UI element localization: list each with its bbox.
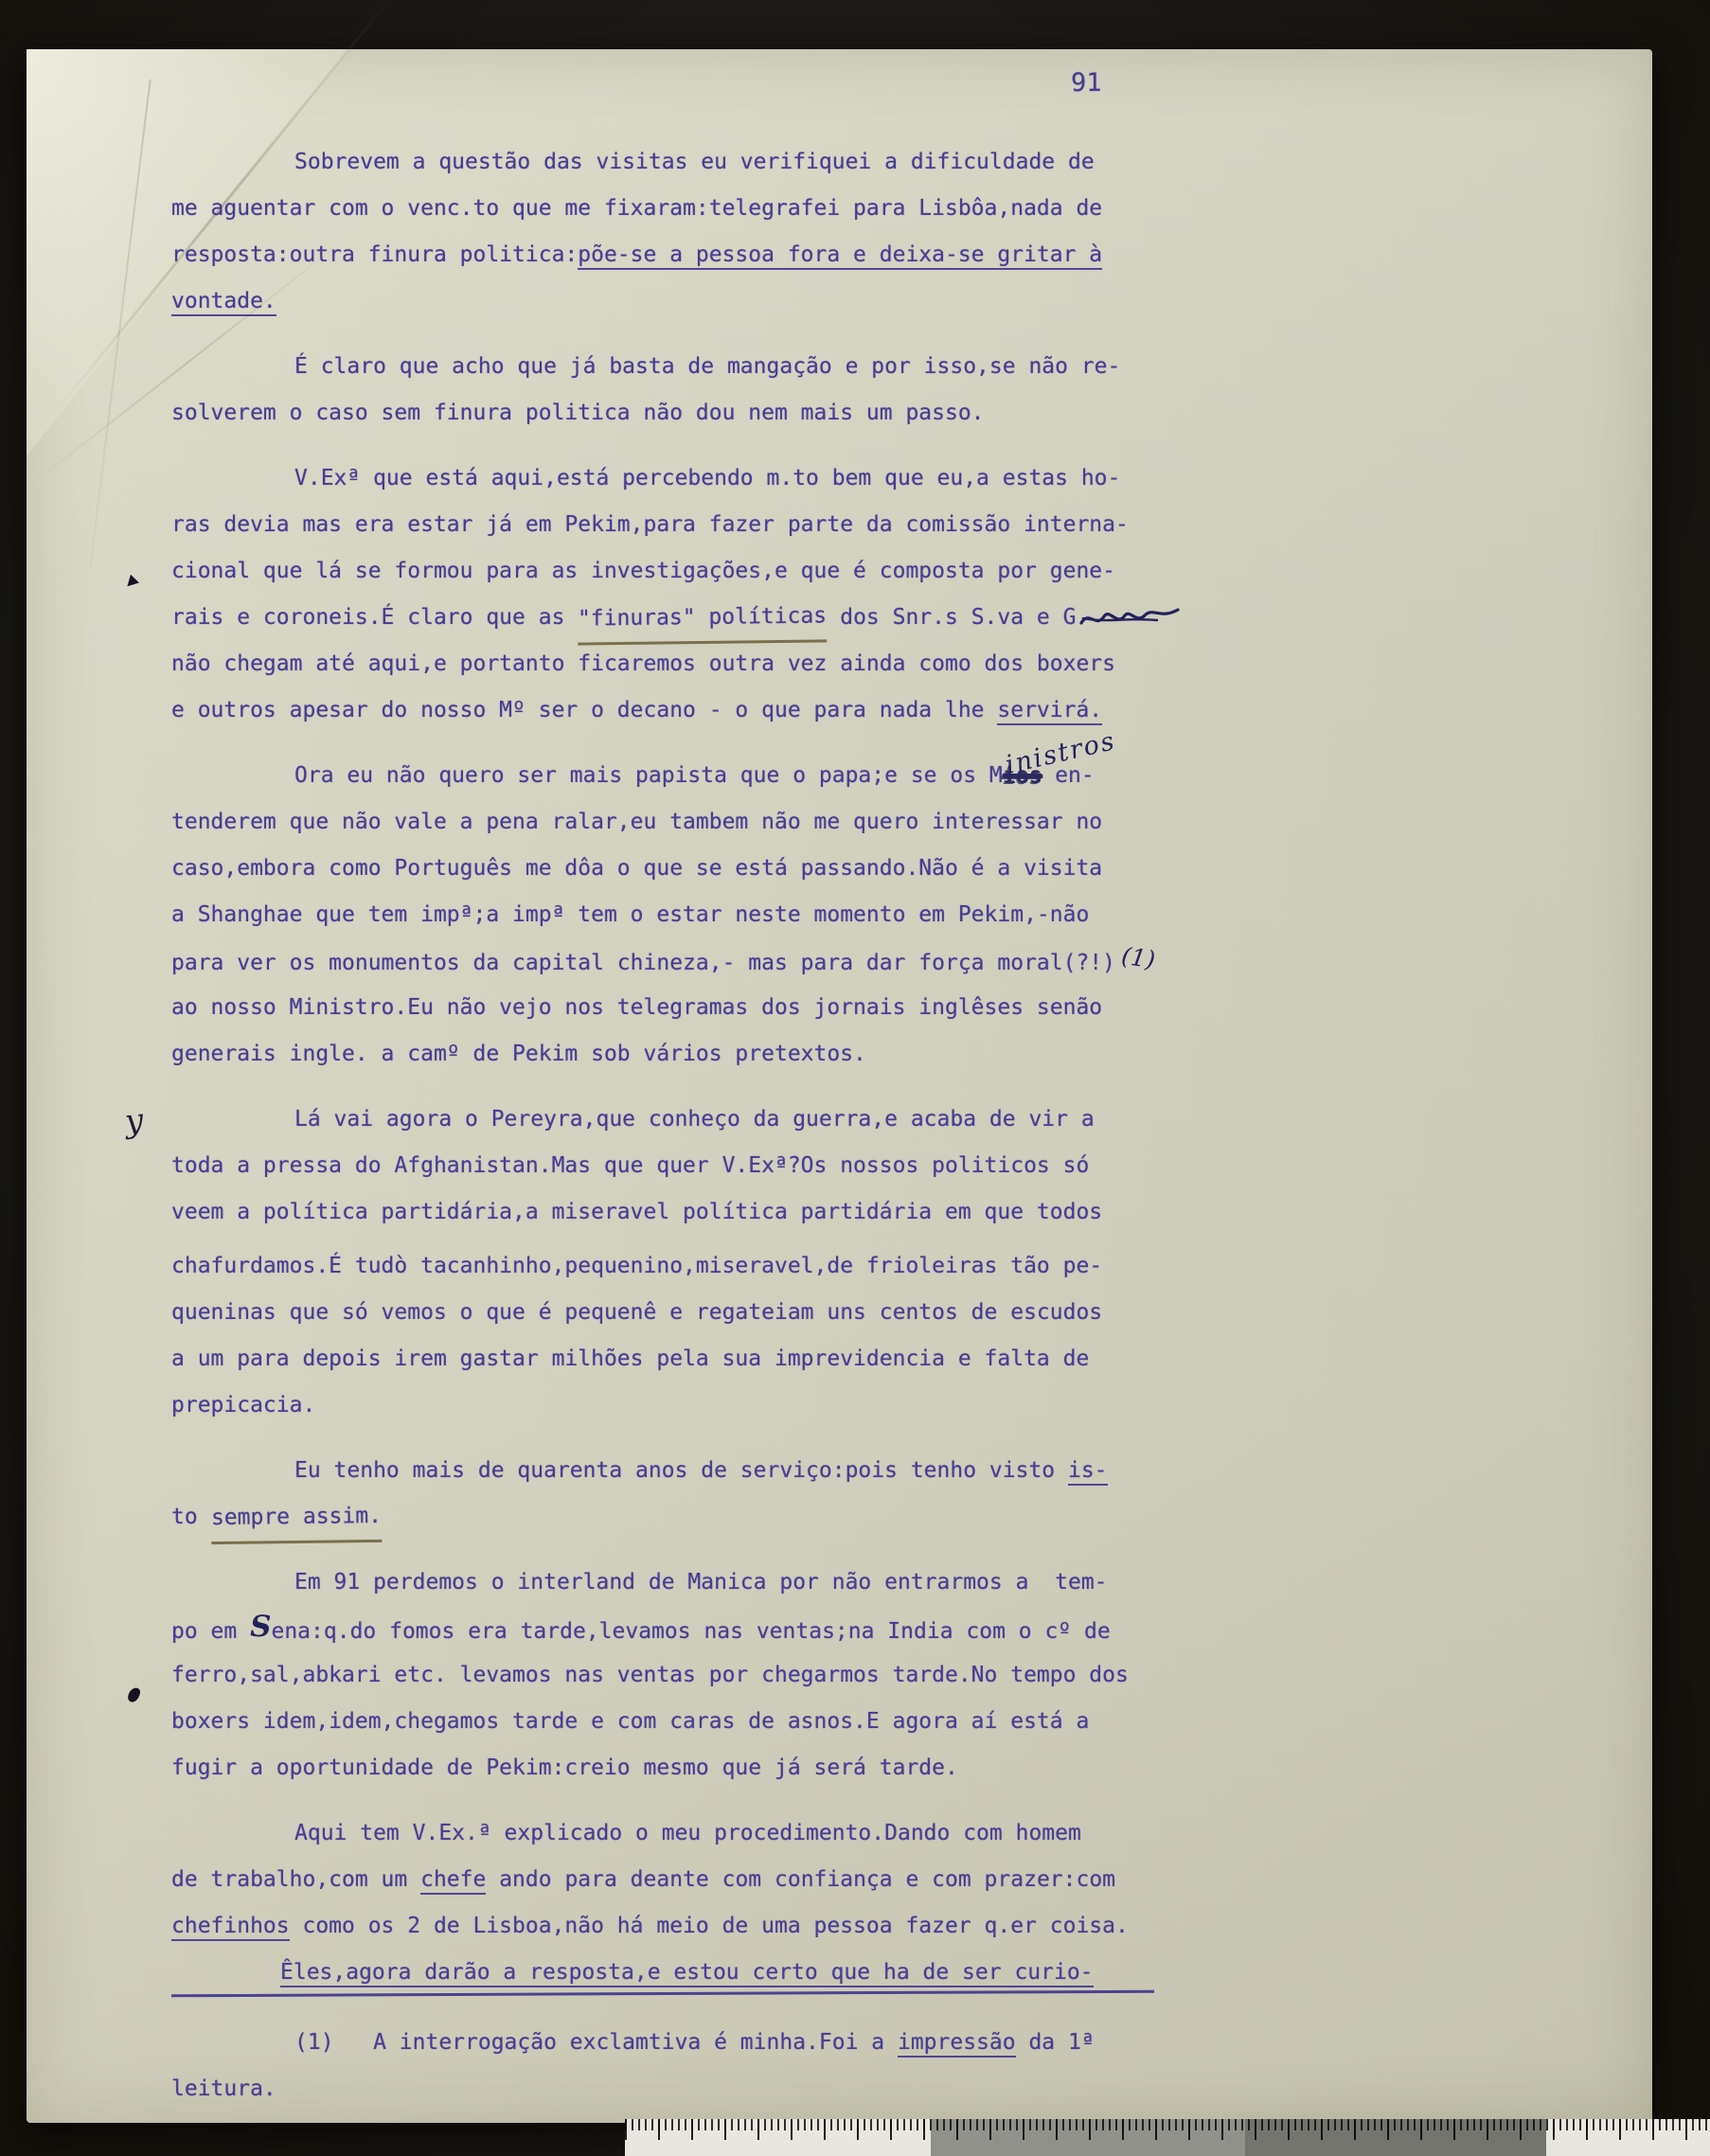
text-line: e outros apesar do nosso Mº ser o decano… bbox=[171, 687, 1175, 734]
text-line: rais e coroneis.É claro que as "finuras"… bbox=[171, 595, 1175, 641]
text-line: Em 91 perdemos o interland de Manica por… bbox=[171, 1559, 1175, 1606]
text-line: tenderem que não vale a pena ralar,eu ta… bbox=[171, 799, 1175, 846]
text-segment: ena:q.do fomos era tarde,levamos nas ven… bbox=[271, 1619, 1110, 1644]
underlined-text: vontade. bbox=[171, 289, 276, 316]
pen-y-mark: y bbox=[123, 1101, 145, 1141]
pen-underlined-text: sempre assim. bbox=[210, 1493, 382, 1544]
text-line: É claro que acho que já basta de mangaçã… bbox=[171, 344, 1175, 390]
text-line: po em Sena:q.do fomos era tarde,levamos … bbox=[171, 1606, 1175, 1652]
ink-blot bbox=[126, 1685, 142, 1703]
footnote: (1) A interrogação exclamtiva é minha.Fo… bbox=[171, 2020, 1175, 2112]
text-line: toda a pressa do Afghanistan.Mas que que… bbox=[171, 1143, 1175, 1189]
ruler-tick-marks bbox=[625, 2119, 1710, 2156]
text-line: a Shanghae que tem impª;a impª tem o est… bbox=[171, 892, 1175, 938]
text-line: solverem o caso sem finura politica não … bbox=[171, 390, 1175, 437]
text-segment: ando para deante com confiança e com pra… bbox=[486, 1867, 1115, 1892]
text-segment: da 1ª bbox=[1016, 2030, 1095, 2055]
text-segment: resposta:outra finura politica: bbox=[171, 242, 578, 267]
text-line: para ver os monumentos da capital chinez… bbox=[171, 938, 1175, 985]
text-line: chefinhos como os 2 de Lisboa,não há mei… bbox=[171, 1903, 1175, 1950]
text-segment: para ver os monumentos da capital chinez… bbox=[171, 951, 1115, 975]
text-line: queninas que só vemos o que é pequenê e … bbox=[171, 1290, 1175, 1336]
text-line: V.Exª que está aqui,está percebendo m.to… bbox=[171, 455, 1175, 502]
text-segment: dos Snr.s S.va e G bbox=[827, 605, 1076, 630]
text-line: não chegam até aqui,e portanto ficaremos… bbox=[171, 641, 1175, 687]
paragraph-2: É claro que acho que já basta de mangaçã… bbox=[171, 344, 1175, 437]
underlined-text: impressão bbox=[898, 2030, 1016, 2058]
handwritten-scribble bbox=[1078, 604, 1182, 633]
pen-caret-mark bbox=[127, 575, 140, 590]
text-line: me aguentar com o venc.to que me fixaram… bbox=[171, 186, 1175, 232]
letter-body: Sobrevem a questão das visitas eu verifi… bbox=[171, 139, 1175, 2131]
text-line: a um para depois irem gastar milhões pel… bbox=[171, 1336, 1175, 1382]
text-line: cional que lá se formou para as investig… bbox=[171, 548, 1175, 595]
text-line: vontade. bbox=[171, 278, 1175, 325]
pen-underlined-text: "finuras" políticas bbox=[578, 593, 828, 645]
text-segment: e outros apesar do nosso Mº ser o decano… bbox=[171, 698, 997, 722]
paragraph-6: Eu tenho mais de quarenta anos de serviç… bbox=[171, 1448, 1175, 1541]
text-line: Sobrevem a questão das visitas eu verifi… bbox=[171, 139, 1175, 186]
text-segment: de trabalho,com um bbox=[171, 1867, 420, 1892]
text-line: ras devia mas era estar já em Pekim,para… bbox=[171, 502, 1175, 548]
text-line: caso,embora como Português me dôa o que … bbox=[171, 846, 1175, 892]
paragraph-3: V.Exª que está aqui,está percebendo m.to… bbox=[171, 455, 1175, 734]
paragraph-1: Sobrevem a questão das visitas eu verifi… bbox=[171, 139, 1175, 325]
handwritten-footnote-marker: (1) bbox=[1118, 933, 1158, 983]
underlined-text: chefe bbox=[420, 1867, 486, 1895]
text-segment: po em bbox=[171, 1619, 250, 1644]
text-line: Eu tenho mais de quarenta anos de serviç… bbox=[171, 1448, 1175, 1494]
underlined-text: is- bbox=[1068, 1458, 1108, 1486]
text-line: Êles,agora darão a resposta,e estou cert… bbox=[171, 1950, 1175, 1996]
underlined-text: servirá. bbox=[997, 698, 1102, 725]
text-line: leitura. bbox=[171, 2066, 1175, 2112]
paragraph-5: Lá vai agora o Pereyra,que conheço da gu… bbox=[171, 1096, 1175, 1429]
paragraph-4: Ora eu não quero ser mais papista que o … bbox=[171, 753, 1175, 1078]
handwritten-capital: S bbox=[250, 1604, 271, 1650]
text-line: fugir a oportunidade de Pekim:creio mesm… bbox=[171, 1745, 1175, 1791]
underlined-text: Êles,agora darão a resposta,e estou cert… bbox=[280, 1960, 1094, 1987]
text-line: prepicacia. bbox=[171, 1382, 1175, 1429]
scan-background: 91 y Sobrevem a questão das visitas eu v… bbox=[0, 0, 1710, 2156]
text-line: to sempre assim. bbox=[171, 1494, 1175, 1541]
text-line: generais ingle. a camº de Pekim sob vári… bbox=[171, 1031, 1175, 1078]
text-line: chafurdamos.É tudò tacanhinho,pequenino,… bbox=[171, 1243, 1175, 1290]
text-line: de trabalho,com um chefe ando para deant… bbox=[171, 1857, 1175, 1903]
text-line: Ora eu não quero ser mais papista que o … bbox=[171, 753, 1175, 799]
calibration-ruler bbox=[625, 2119, 1710, 2156]
paragraph-8: Aqui tem V.Ex.ª explicado o meu procedim… bbox=[171, 1810, 1175, 1995]
text-segment: to bbox=[171, 1505, 211, 1529]
text-line: Aqui tem V.Ex.ª explicado o meu procedim… bbox=[171, 1810, 1175, 1857]
text-segment: Eu tenho mais de quarenta anos de serviç… bbox=[294, 1458, 1068, 1483]
text-line: boxers idem,idem,chegamos tarde e com ca… bbox=[171, 1699, 1175, 1745]
text-line: (1) A interrogação exclamtiva é minha.Fo… bbox=[171, 2020, 1175, 2066]
text-line: veem a política partidária,a miseravel p… bbox=[171, 1189, 1175, 1236]
document-page: 91 y Sobrevem a questão das visitas eu v… bbox=[27, 49, 1652, 2123]
text-segment: Ora eu não quero ser mais papista que o … bbox=[294, 763, 1003, 788]
paragraph-7: Em 91 perdemos o interland de Manica por… bbox=[171, 1559, 1175, 1791]
underlined-text: chefinhos bbox=[171, 1914, 290, 1941]
text-line: ao nosso Ministro.Eu não vejo nos telegr… bbox=[171, 985, 1175, 1031]
page-number: 91 bbox=[1071, 68, 1102, 98]
text-segment: como os 2 de Lisboa,não há meio de uma p… bbox=[290, 1914, 1129, 1938]
underlined-text: põe-se a pessoa fora e deixa-se gritar à bbox=[578, 242, 1102, 270]
text-segment: (1) A interrogação exclamtiva é minha.Fo… bbox=[294, 2030, 898, 2055]
text-line: resposta:outra finura politica:põe-se a … bbox=[171, 232, 1175, 278]
text-segment: rais e coroneis.É claro que as bbox=[171, 605, 578, 630]
text-line: ferro,sal,abkari etc. levamos nas ventas… bbox=[171, 1652, 1175, 1699]
text-line: Lá vai agora o Pereyra,que conheço da gu… bbox=[171, 1096, 1175, 1143]
